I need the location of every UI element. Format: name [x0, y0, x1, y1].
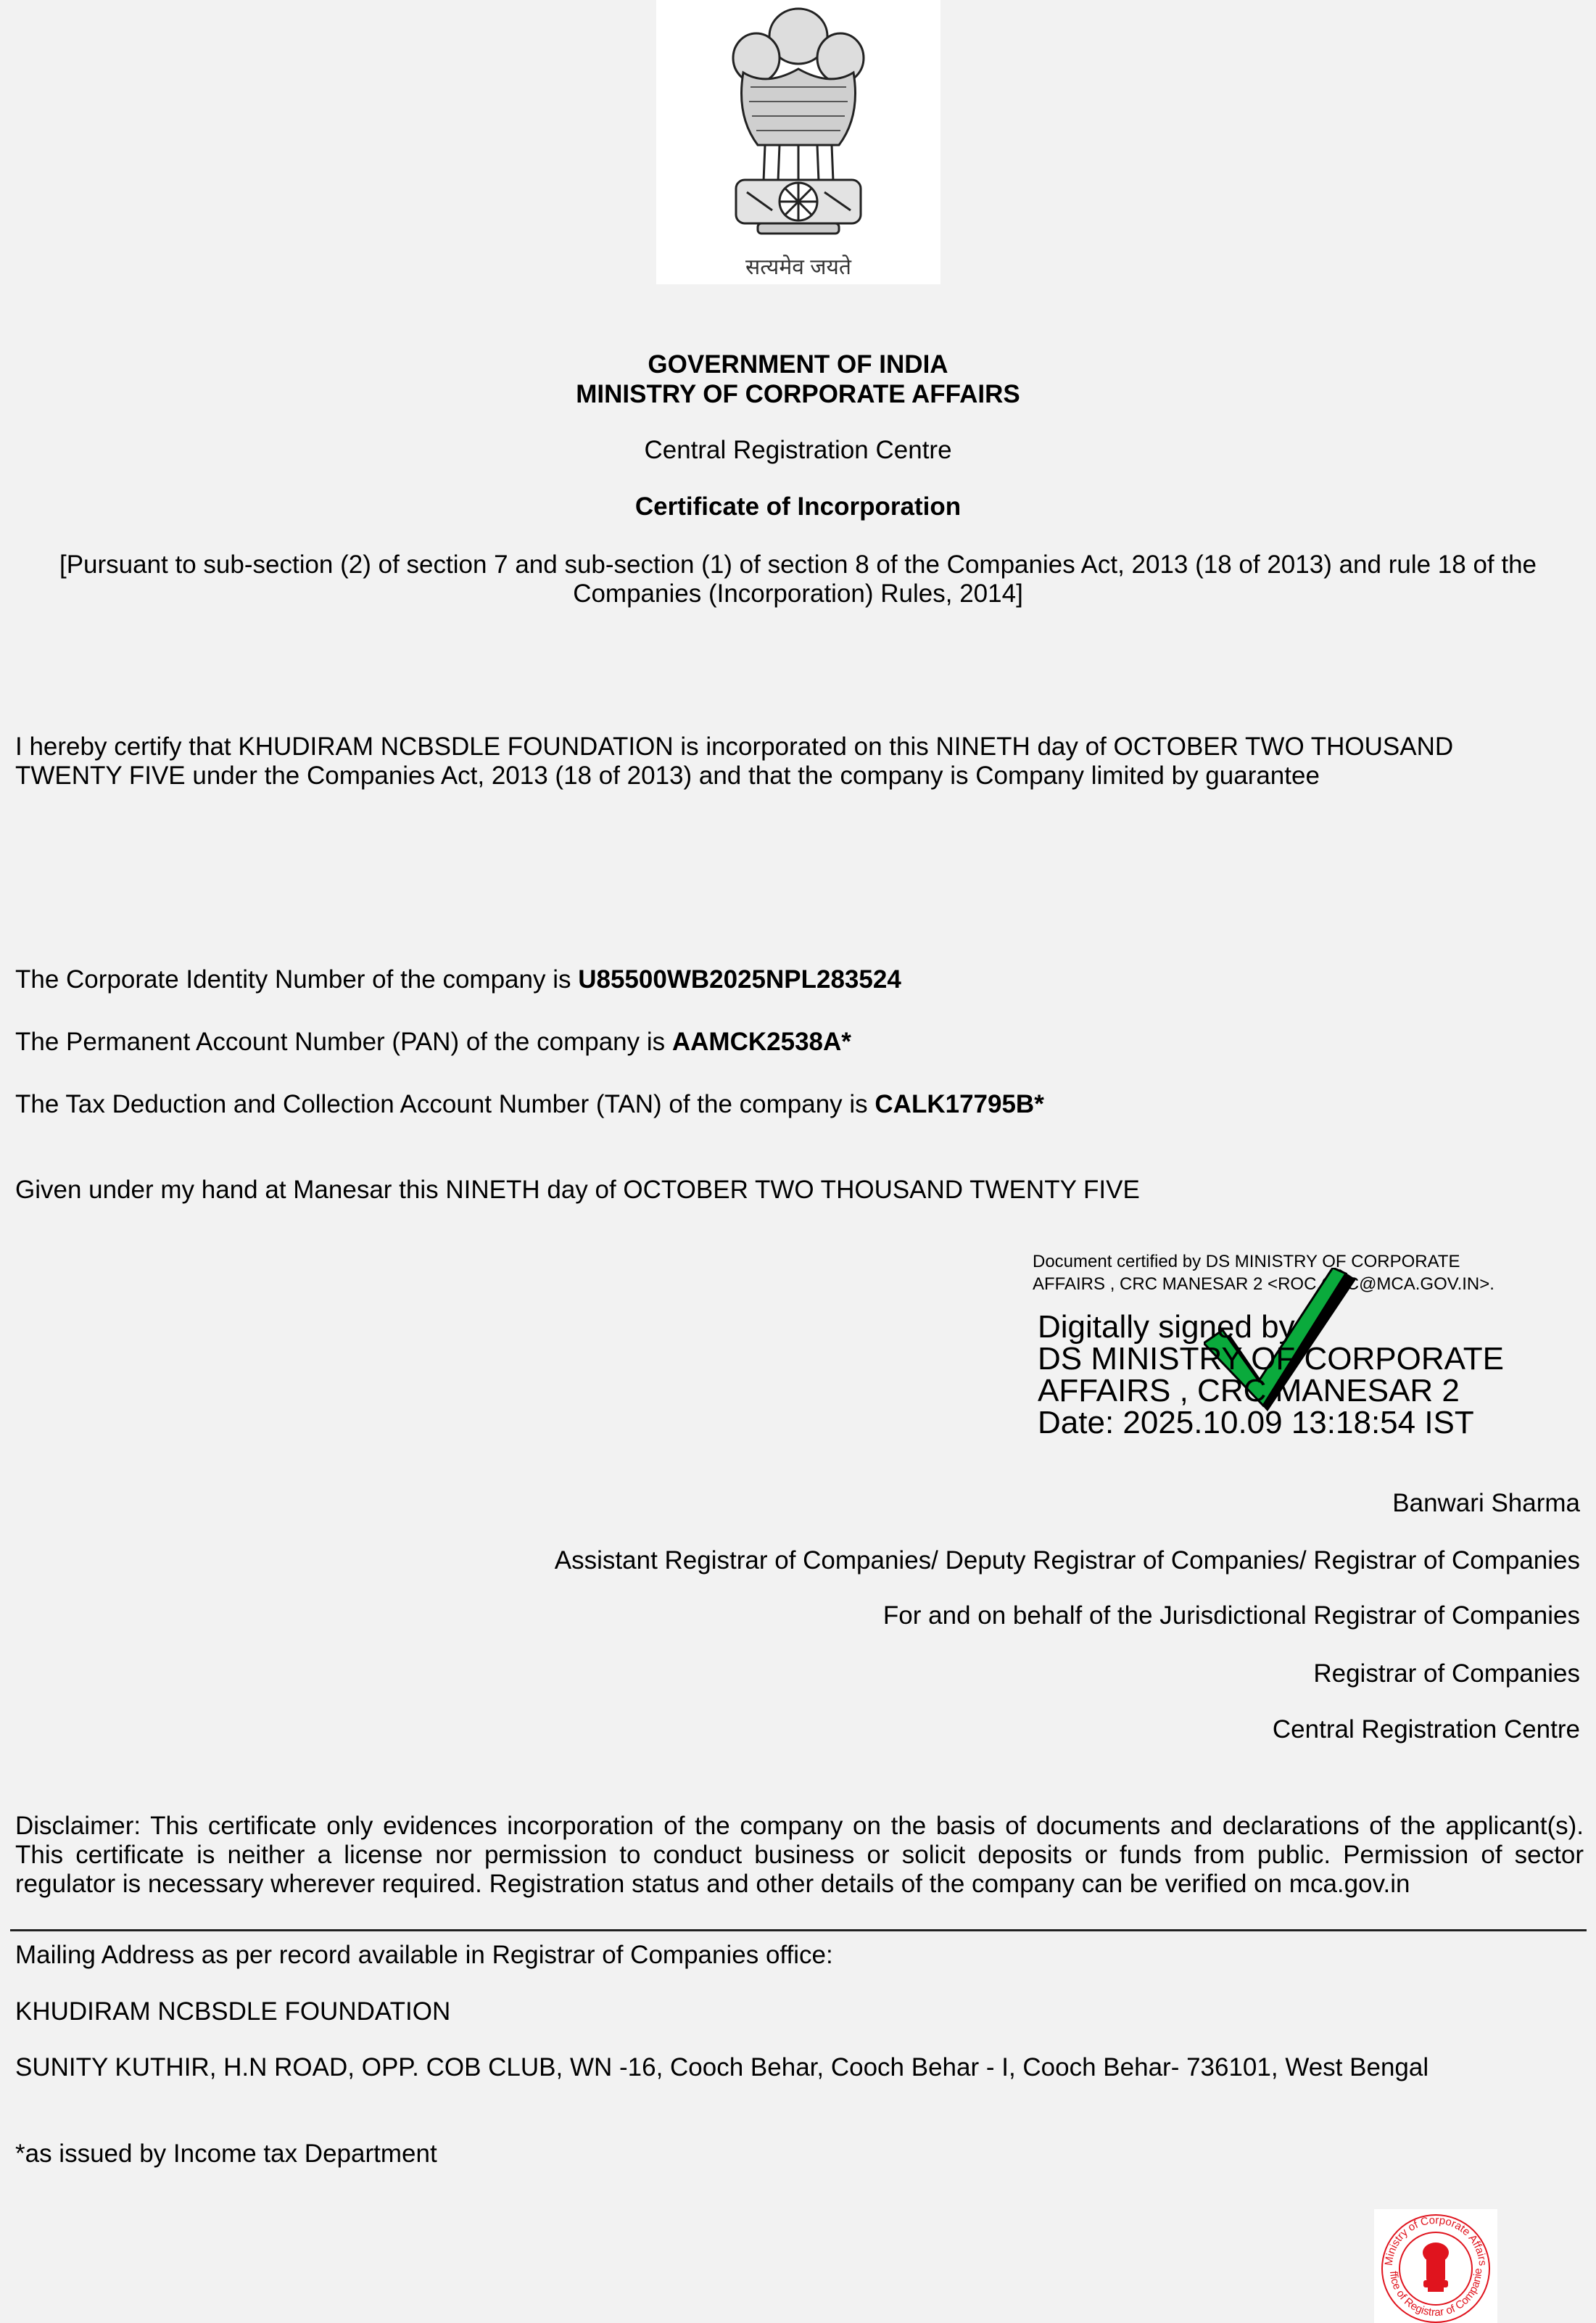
cin-value: U85500WB2025NPL283524: [578, 965, 901, 994]
income-tax-footnote: *as issued by Income tax Department: [15, 2140, 437, 2169]
pan-label: The Permanent Account Number (PAN) of th…: [15, 1028, 672, 1056]
signatory-office: Registrar of Companies: [1313, 1659, 1580, 1688]
national-emblem: सत्यमेव जयते: [656, 0, 940, 284]
signer-line-2: AFFAIRS , CRC MANESAR 2: [1038, 1375, 1504, 1407]
registrar-seal-icon: Ministry of Corporate Affairs Office of …: [1374, 2209, 1497, 2323]
given-under-hand: Given under my hand at Manesar this NINE…: [15, 1176, 1140, 1205]
certificate-title: Certificate of Incorporation: [0, 492, 1596, 521]
mailing-label: Mailing Address as per record available …: [15, 1941, 833, 1970]
signed-date: Date: 2025.10.09 13:18:54 IST: [1038, 1407, 1504, 1439]
tan-value: CALK17795B*: [875, 1090, 1043, 1118]
national-emblem-icon: सत्यमेव जयते: [656, 0, 940, 284]
mca-link[interactable]: mca.gov.in: [1289, 1870, 1410, 1898]
pan-value: AAMCK2538A*: [672, 1028, 851, 1056]
signatory-designation: Assistant Registrar of Companies/ Deputy…: [555, 1546, 1580, 1575]
signer-line-1: DS MINISTRY OF CORPORATE: [1038, 1343, 1504, 1375]
certify-paragraph: I hereby certify that KHUDIRAM NCBSDLE F…: [15, 733, 1538, 791]
svg-text:सत्यमेव जयते: सत्यमेव जयते: [745, 255, 852, 279]
signatory-behalf: For and on behalf of the Jurisdictional …: [883, 1601, 1580, 1630]
tan-label: The Tax Deduction and Collection Account…: [15, 1090, 875, 1118]
registrar-seal: Ministry of Corporate Affairs Office of …: [1374, 2209, 1497, 2323]
pursuant-clause: [Pursuant to sub-section (2) of section …: [22, 550, 1574, 608]
digital-signature-block: Digitally signed by DS MINISTRY OF CORPO…: [1038, 1311, 1504, 1439]
signatory-centre: Central Registration Centre: [1273, 1715, 1580, 1744]
header-ministry: MINISTRY OF CORPORATE AFFAIRS: [0, 380, 1596, 409]
divider: [10, 1929, 1587, 1931]
signatory-name: Banwari Sharma: [1392, 1489, 1580, 1518]
pan-line: The Permanent Account Number (PAN) of th…: [15, 1028, 851, 1057]
header-centre: Central Registration Centre: [0, 436, 1596, 465]
disclaimer: Disclaimer: This certificate only eviden…: [15, 1812, 1584, 1899]
cin-line: The Corporate Identity Number of the com…: [15, 965, 901, 994]
signed-by-label: Digitally signed by: [1038, 1311, 1504, 1343]
tan-line: The Tax Deduction and Collection Account…: [15, 1090, 1044, 1119]
header-government: GOVERNMENT OF INDIA: [0, 350, 1596, 379]
cin-label: The Corporate Identity Number of the com…: [15, 965, 578, 994]
mailing-address: SUNITY KUTHIR, H.N ROAD, OPP. COB CLUB, …: [15, 2053, 1531, 2082]
mailing-company: KHUDIRAM NCBSDLE FOUNDATION: [15, 1997, 450, 2026]
